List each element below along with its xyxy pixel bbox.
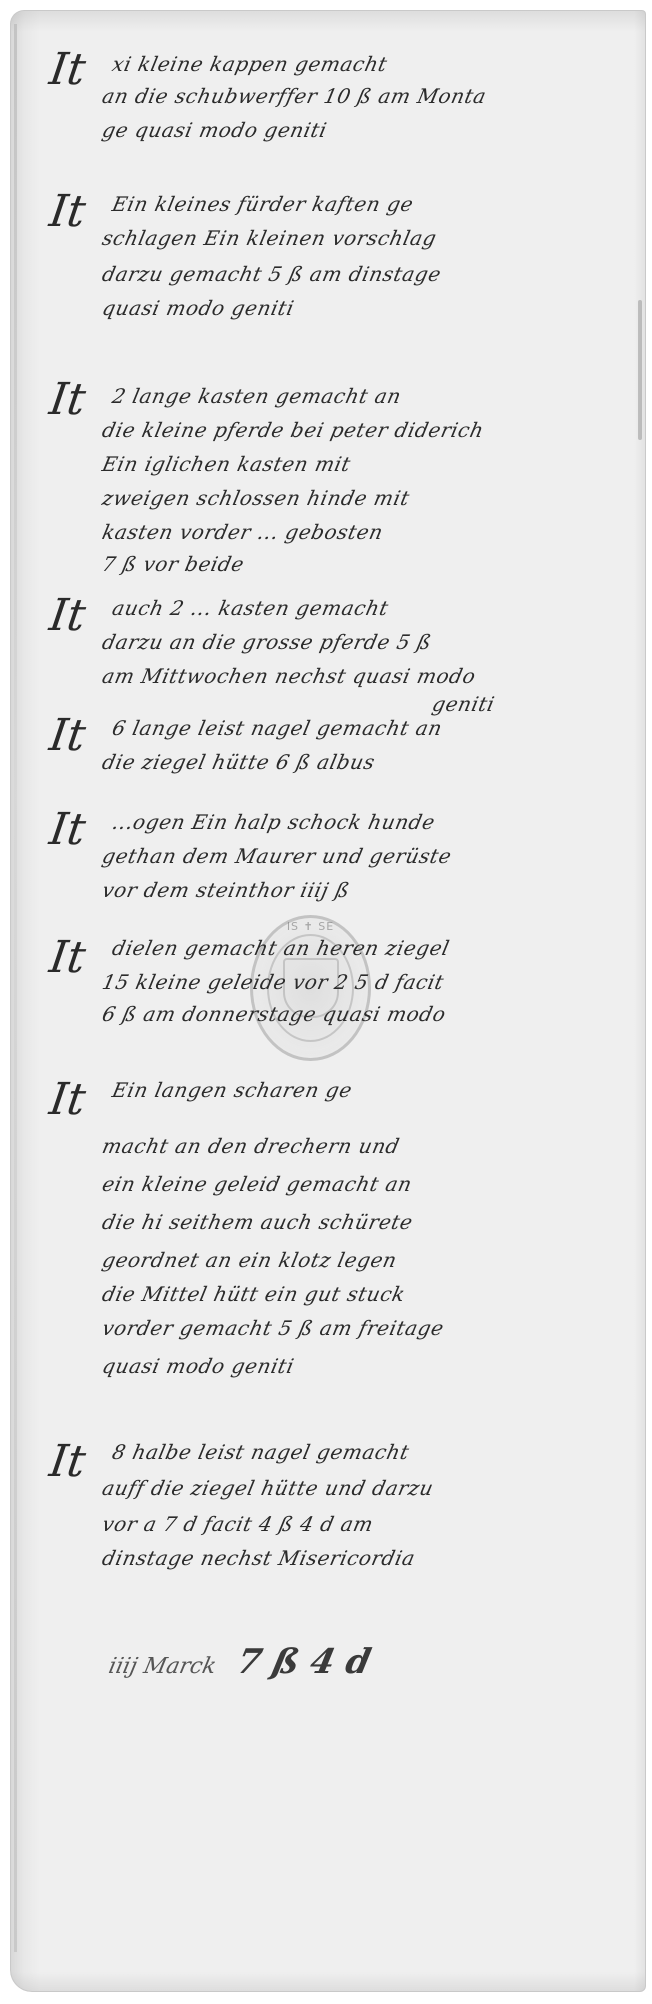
entry-line: 6 ß am donnerstage quasi modo (100, 1002, 448, 1026)
item-marker: It (47, 1078, 88, 1122)
entry-line: kasten vorder ... gebosten (100, 520, 386, 544)
entry-line: ...ogen Ein halp schock hunde (110, 810, 437, 834)
entry-line: die hi seithem auch schürete (100, 1210, 415, 1234)
entry-line: schlagen Ein kleinen vorschlag (100, 226, 439, 250)
entry-line: geniti (430, 692, 497, 716)
entry-line: am Mittwochen nechst quasi modo (100, 664, 478, 688)
entry-line: ein kleine geleid gemacht an (100, 1172, 414, 1196)
entry-line: geordnet an ein klotz legen (100, 1248, 399, 1272)
entry-line: gethan dem Maurer und gerüste (100, 844, 454, 868)
entry-line: dinstage nechst Misericordia (100, 1546, 418, 1570)
total-amount: 7 ß 4 d (233, 1642, 374, 1682)
entry-line: darzu an die grosse pferde 5 ß (100, 630, 434, 654)
entry-line: vor a 7 d facit 4 ß 4 d am (100, 1512, 376, 1536)
item-marker: It (47, 594, 88, 638)
entry-line: darzu gemacht 5 ß am dinstage (100, 262, 444, 286)
entry-line: dielen gemacht an heren ziegel (110, 936, 452, 960)
entry-line: quasi modo geniti (100, 296, 296, 320)
entry-line: 6 lange leist nagel gemacht an (110, 716, 445, 740)
entry-line: auff die ziegel hütte und darzu (100, 1476, 436, 1500)
entry-line: die ziegel hütte 6 ß albus (100, 750, 377, 774)
entry-line: xi kleine kappen gemacht (110, 52, 390, 76)
total-label: iiij Marck (106, 1654, 218, 1679)
entry-line: Ein iglichen kasten mit (100, 452, 353, 476)
manuscript-page: It xi kleine kappen gemacht an die schub… (10, 10, 646, 1992)
entry-line: die Mittel hütt ein gut stuck (100, 1282, 408, 1306)
page-fold-mark (638, 300, 642, 440)
entry-line: zweigen schlossen hinde mit (100, 486, 412, 510)
item-marker: It (47, 378, 88, 422)
item-marker: It (47, 190, 88, 234)
item-marker: It (47, 714, 88, 758)
item-marker: It (47, 936, 88, 980)
entry-line: vor dem steinthor iiij ß (100, 878, 352, 902)
entry-line: Ein langen scharen ge (110, 1078, 355, 1102)
entry-line: an die schubwerffer 10 ß am Monta (100, 84, 489, 108)
entry-line: quasi modo geniti (100, 1354, 296, 1378)
entry-line: 2 lange kasten gemacht an (110, 384, 404, 408)
entry-line: Ein kleines fürder kaften ge (110, 192, 416, 216)
entry-line: vorder gemacht 5 ß am freitage (100, 1316, 446, 1340)
entry-line: die kleine pferde bei peter diderich (100, 418, 486, 442)
entry-line: 15 kleine geleide vor 2 5 d facit (100, 970, 446, 994)
item-marker: It (47, 808, 88, 852)
entry-line: 7 ß vor beide (100, 552, 247, 576)
entry-line: auch 2 ... kasten gemacht (110, 596, 391, 620)
entry-line: ge quasi modo geniti (100, 118, 329, 142)
seal-legend: IS ✝ SE (253, 920, 368, 933)
page-total: iiij Marck 7 ß 4 d (106, 1642, 375, 1682)
item-marker: It (47, 48, 88, 92)
entry-line: macht an den drechern und (100, 1134, 402, 1158)
item-marker: It (47, 1440, 88, 1484)
entry-line: 8 halbe leist nagel gemacht (110, 1440, 412, 1464)
